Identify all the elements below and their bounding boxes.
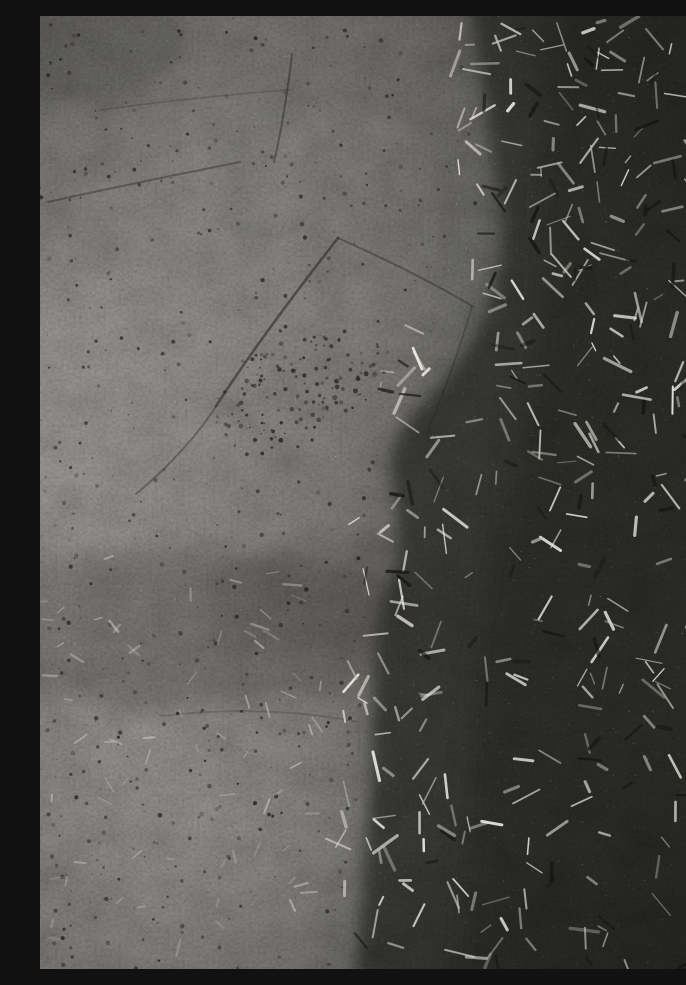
- grave-slab-photo: [40, 16, 686, 969]
- vignette-overlay: [40, 16, 686, 969]
- photo-canvas: [40, 16, 686, 969]
